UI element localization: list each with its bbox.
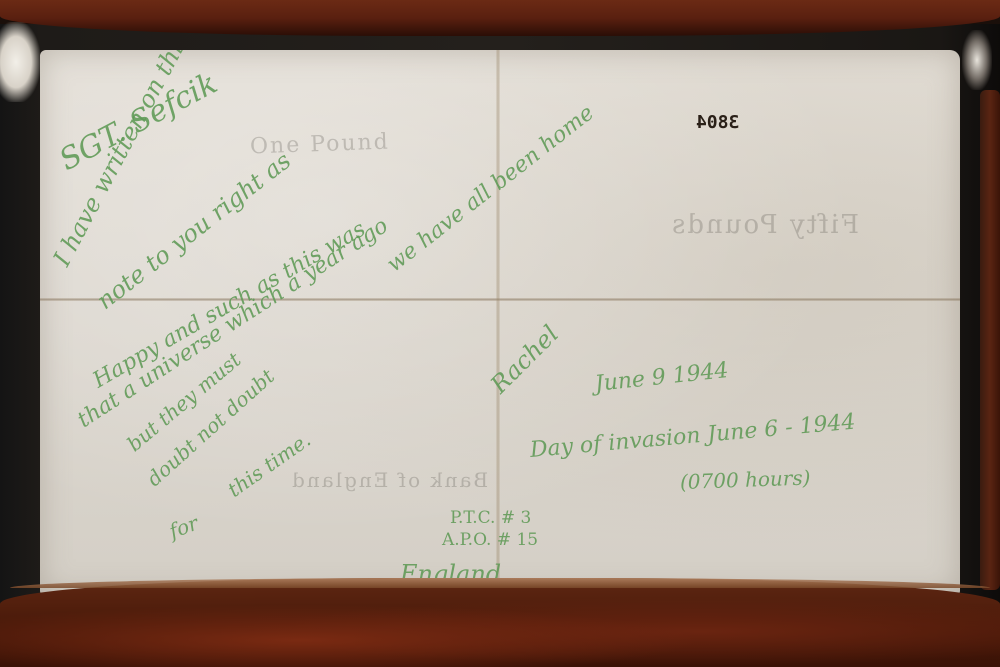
glass-glare-left [0, 22, 40, 102]
glass-glare-right [962, 30, 992, 90]
inscription-line: we have all been home [382, 100, 599, 277]
inscription-event-note: (0700 hours) [680, 465, 811, 494]
inscription-event: Day of invasion June 6 - 1944 [529, 410, 857, 463]
banknote: One Pound Bank of England Fifty Pounds 3… [40, 50, 960, 595]
frame-right-rail [980, 90, 1000, 590]
serial-number: 3804 [696, 112, 739, 133]
inscription-date: June 9 1944 [594, 358, 730, 397]
printed-text-ghost: Bank of England [290, 468, 488, 492]
frame-top-rail [0, 0, 1000, 36]
inscription-line: for [166, 511, 201, 543]
printed-text-ghost: Fifty Pounds [670, 210, 859, 240]
horizontal-fold [40, 298, 960, 301]
inscription-unit: P.T.C. # 3 [450, 508, 531, 528]
inscription-unit: A.P.O. # 15 [442, 530, 538, 550]
frame-bottom-rail [0, 578, 1000, 667]
